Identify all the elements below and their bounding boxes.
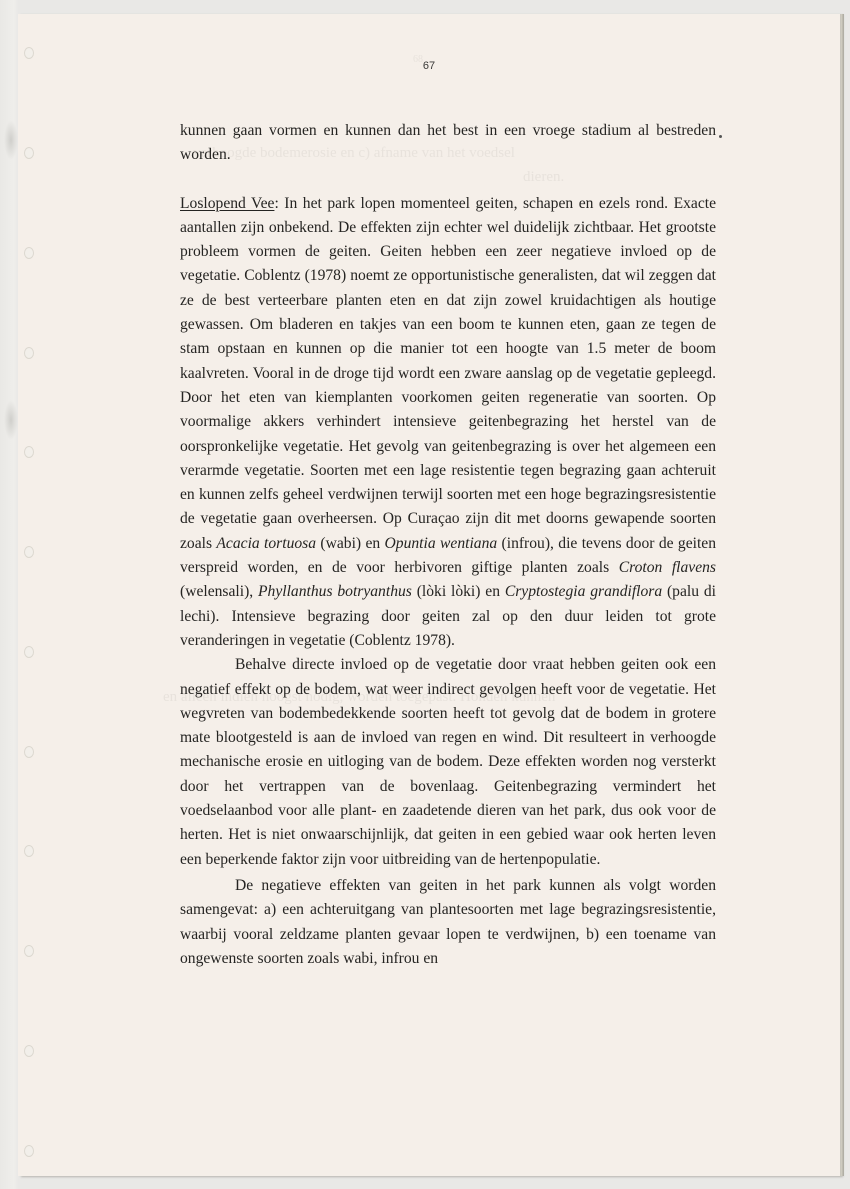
punch-hole-icon <box>24 546 34 558</box>
paragraph-continuation: kunnen gaan vormen en kunnen dan het bes… <box>180 119 716 168</box>
body-text: kunnen gaan vormen en kunnen dan het bes… <box>180 119 716 971</box>
scan-smudge <box>4 400 18 440</box>
document-page: 68 verhoogde bodemerosie en c) afname va… <box>18 14 840 1176</box>
paragraph-bodem-effects: Behalve directe invloed op de vegetatie … <box>180 653 716 872</box>
punch-hole-icon <box>24 1145 34 1157</box>
stray-mark <box>719 135 722 138</box>
punch-hole-icon <box>24 147 34 159</box>
punch-hole-icon <box>24 347 34 359</box>
paragraph-text: : In het park lopen momenteel geiten, sc… <box>180 195 716 552</box>
punch-hole-icon <box>24 646 34 658</box>
page-edge <box>841 14 844 1176</box>
punch-hole-icon <box>24 945 34 957</box>
paragraph-text: (wabi) en <box>316 535 384 552</box>
punch-hole-icon <box>24 1045 34 1057</box>
page-number: 67 <box>18 60 840 72</box>
scan-smudge <box>4 120 18 160</box>
species-name: Phyllanthus botryanthus <box>258 583 412 600</box>
paragraph-text: (welensali), <box>180 583 258 600</box>
punch-hole-icon <box>24 47 34 59</box>
punch-hole-icon <box>24 247 34 259</box>
section-heading: Loslopend Vee <box>180 195 274 212</box>
paragraph-summary: De negatieve effekten van geiten in het … <box>180 874 716 971</box>
paragraph-text: (lòki lòki) en <box>412 583 505 600</box>
punch-hole-icon <box>24 446 34 458</box>
species-name: Opuntia wentiana <box>385 535 498 552</box>
species-name: Cryptostegia grandiflora <box>505 583 662 600</box>
species-name: Acacia tortuosa <box>216 535 316 552</box>
punch-hole-icon <box>24 746 34 758</box>
punch-hole-icon <box>24 845 34 857</box>
species-name: Croton flavens <box>619 559 716 576</box>
paragraph-loslopend-vee: Loslopend Vee: In het park lopen momente… <box>180 192 716 654</box>
